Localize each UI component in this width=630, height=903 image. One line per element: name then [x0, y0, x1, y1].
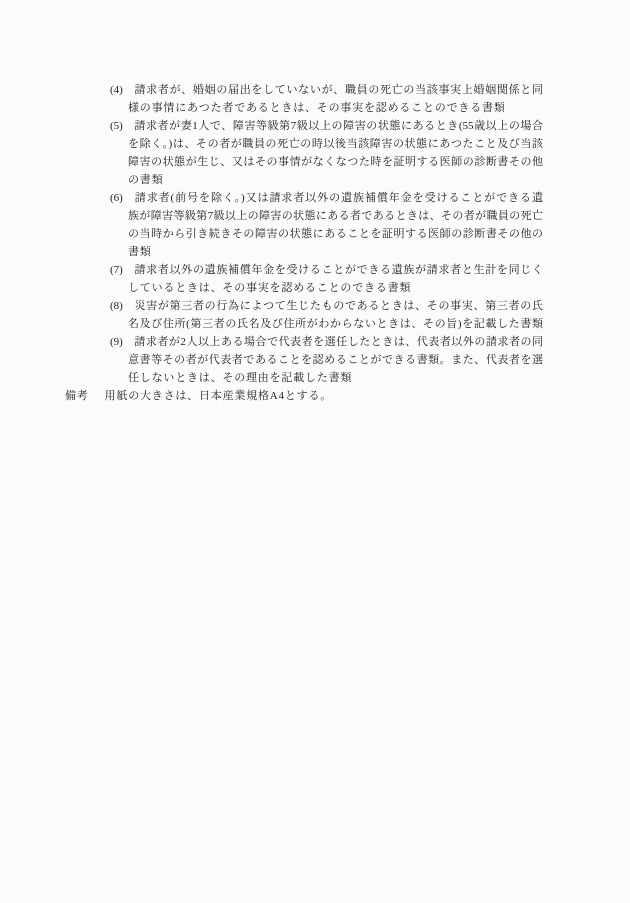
item-number: (4)	[110, 84, 123, 96]
numbered-item-list: (4)請求者が、婚姻の届出をしていないが、職員の死亡の当該事実上婚姻関係と同様の…	[65, 81, 543, 387]
item-line-text: 請求者(前号を除く。)又は請求者以外の遺族補償年金を受けることができる遺	[134, 192, 543, 204]
item-continuation-line: 名及び住所(第三者の氏名及び住所がわからないときは、その旨)を記載した書類	[110, 315, 543, 333]
document-item: (9)請求者が2人以上ある場合で代表者を選任したときは、代表者以外の請求者の同意…	[110, 333, 543, 387]
document-item: (5)請求者が妻1人で、障害等級第7級以上の障害の状態にあるとき(55歳以上の場…	[110, 117, 543, 189]
document-body: (4)請求者が、婚姻の届出をしていないが、職員の死亡の当該事実上婚姻関係と同様の…	[65, 81, 543, 405]
item-number: (8)	[110, 300, 123, 312]
item-first-line: (6)請求者(前号を除く。)又は請求者以外の遺族補償年金を受けることができる遺	[110, 189, 543, 207]
item-continuation-line: 任しないときは、その理由を記載した書類	[110, 369, 543, 387]
item-continuation-line: の当時から引き続きその障害の状態にあることを証明する医師の診断書その他の	[110, 225, 543, 243]
item-continuation-line: の書類	[110, 171, 543, 189]
document-item: (4)請求者が、婚姻の届出をしていないが、職員の死亡の当該事実上婚姻関係と同様の…	[110, 81, 543, 117]
item-continuation-line: 族が障害等級第7級以上の障害の状態にある者であるときは、その者が職員の死亡	[110, 207, 543, 225]
item-continuation-line: を除く。)は、その者が職員の死亡の時以後当該障害の状態にあつたこと及び当該	[110, 135, 543, 153]
remarks-label: 備考	[65, 387, 89, 405]
remarks-text: 用紙の大きさは、日本産業規格A4とする。	[105, 387, 332, 405]
remarks-note: 備考 用紙の大きさは、日本産業規格A4とする。	[65, 387, 543, 405]
item-line-text: 請求者以外の遺族補償年金を受けることができる遺族が請求者と生計を同じく	[134, 264, 543, 276]
document-item: (7)請求者以外の遺族補償年金を受けることができる遺族が請求者と生計を同じくして…	[110, 261, 543, 297]
document-page: (4)請求者が、婚姻の届出をしていないが、職員の死亡の当該事実上婚姻関係と同様の…	[0, 0, 630, 903]
item-continuation-line: しているときは、その事実を認めることのできる書類	[110, 279, 543, 297]
item-first-line: (8)災害が第三者の行為によつて生じたものであるときは、その事実、第三者の氏	[110, 297, 543, 315]
document-item: (6)請求者(前号を除く。)又は請求者以外の遺族補償年金を受けることができる遺族…	[110, 189, 543, 261]
item-number: (9)	[110, 336, 123, 348]
item-line-text: 災害が第三者の行為によつて生じたものであるときは、その事実、第三者の氏	[134, 300, 543, 312]
item-number: (6)	[110, 192, 123, 204]
item-first-line: (5)請求者が妻1人で、障害等級第7級以上の障害の状態にあるとき(55歳以上の場…	[110, 117, 543, 135]
item-first-line: (7)請求者以外の遺族補償年金を受けることができる遺族が請求者と生計を同じく	[110, 261, 543, 279]
item-continuation-line: 書類	[110, 243, 543, 261]
item-first-line: (9)請求者が2人以上ある場合で代表者を選任したときは、代表者以外の請求者の同	[110, 333, 543, 351]
item-number: (7)	[110, 264, 123, 276]
item-line-text: 請求者が妻1人で、障害等級第7級以上の障害の状態にあるとき(55歳以上の場合	[134, 120, 543, 132]
item-first-line: (4)請求者が、婚姻の届出をしていないが、職員の死亡の当該事実上婚姻関係と同	[110, 81, 543, 99]
document-item: (8)災害が第三者の行為によつて生じたものであるときは、その事実、第三者の氏名及…	[110, 297, 543, 333]
item-line-text: 請求者が、婚姻の届出をしていないが、職員の死亡の当該事実上婚姻関係と同	[134, 84, 543, 96]
item-continuation-line: 障害の状態が生じ、又はその事情がなくなつた時を証明する医師の診断書その他	[110, 153, 543, 171]
item-line-text: 請求者が2人以上ある場合で代表者を選任したときは、代表者以外の請求者の同	[134, 336, 543, 348]
item-number: (5)	[110, 120, 123, 132]
item-continuation-line: 意書等その者が代表者であることを認めることができる書類。また、代表者を選	[110, 351, 543, 369]
item-continuation-line: 様の事情にあつた者であるときは、その事実を認めることのできる書類	[110, 99, 543, 117]
